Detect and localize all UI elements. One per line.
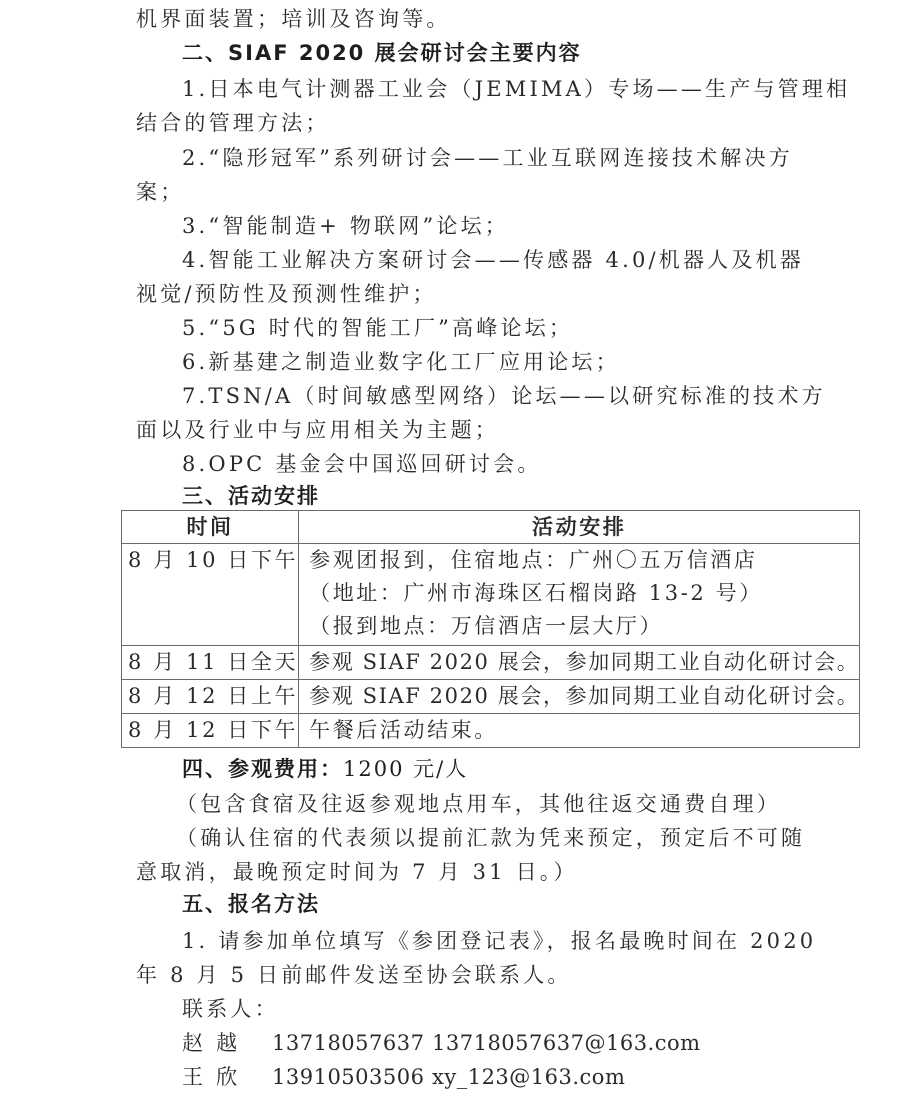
cell-time: 8 月 10 日下午 <box>122 544 299 646</box>
contact-email: 13718057637@163.com <box>432 1028 701 1058</box>
table-row: 8 月 12 日下午 午餐后活动结束。 <box>122 714 860 748</box>
list-item-8: 8.OPC 基金会中国巡回研讨会。 <box>182 449 542 479</box>
list-item-4-line1: 4.智能工业解决方案研讨会——传感器 4.0/机器人及机器 <box>182 245 804 275</box>
cell-activity: 参观团报到，住宿地点：广州〇五万信酒店 （地址：广州市海珠区石榴岗路 13-2 … <box>299 544 860 646</box>
activity-line: （地址：广州市海珠区石榴岗路 13-2 号） <box>309 577 859 610</box>
registration-line1: 1. 请参加单位填写《参团登记表》，报名最晚时间在 2020 <box>182 926 816 956</box>
fee-label: 四、参观费用： <box>182 757 343 781</box>
column-header-activity: 活动安排 <box>299 511 860 544</box>
contact-name: 王 欣 <box>182 1062 272 1092</box>
contact-row: 赵 越1371805763713718057637@163.com <box>182 1028 701 1058</box>
list-item-7-line1: 7.TSN/A（时间敏感型网络）论坛——以研究标准的技术方 <box>182 381 826 411</box>
activity-line: 参观团报到，住宿地点：广州〇五万信酒店 <box>309 544 859 577</box>
list-item-2-line2: 案； <box>136 177 184 207</box>
activity-line: （报到地点：万信酒店一层大厅） <box>309 610 859 643</box>
cell-activity: 参观 SIAF 2020 展会，参加同期工业自动化研讨会。 <box>299 646 860 680</box>
list-item-1-line2: 结合的管理方法； <box>136 108 330 138</box>
contacts-label: 联系人： <box>182 994 279 1024</box>
list-item-2-line1: 2.“隐形冠军”系列研讨会——工业互联网连接技术解决方 <box>182 143 793 173</box>
list-item-7-line2: 面以及行业中与应用相关为主题； <box>136 415 499 445</box>
cell-activity: 午餐后活动结束。 <box>299 714 860 748</box>
list-item-3: 3.“智能制造+ 物联网”论坛； <box>182 211 509 241</box>
cell-time: 8 月 11 日全天 <box>122 646 299 680</box>
list-item-4-line2: 视觉/预防性及预测性维护； <box>136 279 437 309</box>
column-header-time: 时间 <box>122 511 299 544</box>
fee-note-1: （包含食宿及往返参观地点用车，其他往返交通费自理） <box>176 789 781 819</box>
fee-note-2-line1: （确认住宿的代表须以提前汇款为凭来预定，预定后不可随 <box>176 823 805 853</box>
fee-note-2-line2: 意取消，最晚预定时间为 7 月 31 日。） <box>136 857 578 887</box>
fee-value: 1200 元/人 <box>343 757 468 781</box>
section-3-heading: 三、活动安排 <box>182 481 320 511</box>
table-header-row: 时间 活动安排 <box>122 511 860 544</box>
cell-time: 8 月 12 日上午 <box>122 680 299 714</box>
registration-line2: 年 8 月 5 日前邮件发送至协会联系人。 <box>136 960 572 990</box>
schedule-table: 时间 活动安排 8 月 10 日下午 参观团报到，住宿地点：广州〇五万信酒店 （… <box>121 510 860 748</box>
section-5-heading: 五、报名方法 <box>182 889 320 919</box>
cell-time: 8 月 12 日下午 <box>122 714 299 748</box>
cell-activity: 参观 SIAF 2020 展会，参加同期工业自动化研讨会。 <box>299 680 860 714</box>
table-row: 8 月 11 日全天 参观 SIAF 2020 展会，参加同期工业自动化研讨会。 <box>122 646 860 680</box>
section-2-heading: 二、SIAF 2020 展会研讨会主要内容 <box>182 38 582 68</box>
list-item-5: 5.“5G 时代的智能工厂”高峰论坛； <box>182 313 573 343</box>
list-item-6: 6.新基建之制造业数字化工厂应用论坛； <box>182 347 620 377</box>
table-row: 8 月 10 日下午 参观团报到，住宿地点：广州〇五万信酒店 （地址：广州市海珠… <box>122 544 860 646</box>
section-4-heading: 四、参观费用：1200 元/人 <box>182 754 468 784</box>
continued-text: 机界面装置；培训及咨询等。 <box>136 4 451 34</box>
contact-email: xy_123@163.com <box>432 1062 625 1092</box>
table-row: 8 月 12 日上午 参观 SIAF 2020 展会，参加同期工业自动化研讨会。 <box>122 680 860 714</box>
contact-phone: 13718057637 <box>272 1028 432 1058</box>
list-item-1-line1: 1.日本电气计测器工业会（JEMIMA）专场——生产与管理相 <box>182 74 850 104</box>
contact-name: 赵 越 <box>182 1028 272 1058</box>
contact-row: 王 欣13910503506xy_123@163.com <box>182 1062 625 1092</box>
contact-phone: 13910503506 <box>272 1062 432 1092</box>
